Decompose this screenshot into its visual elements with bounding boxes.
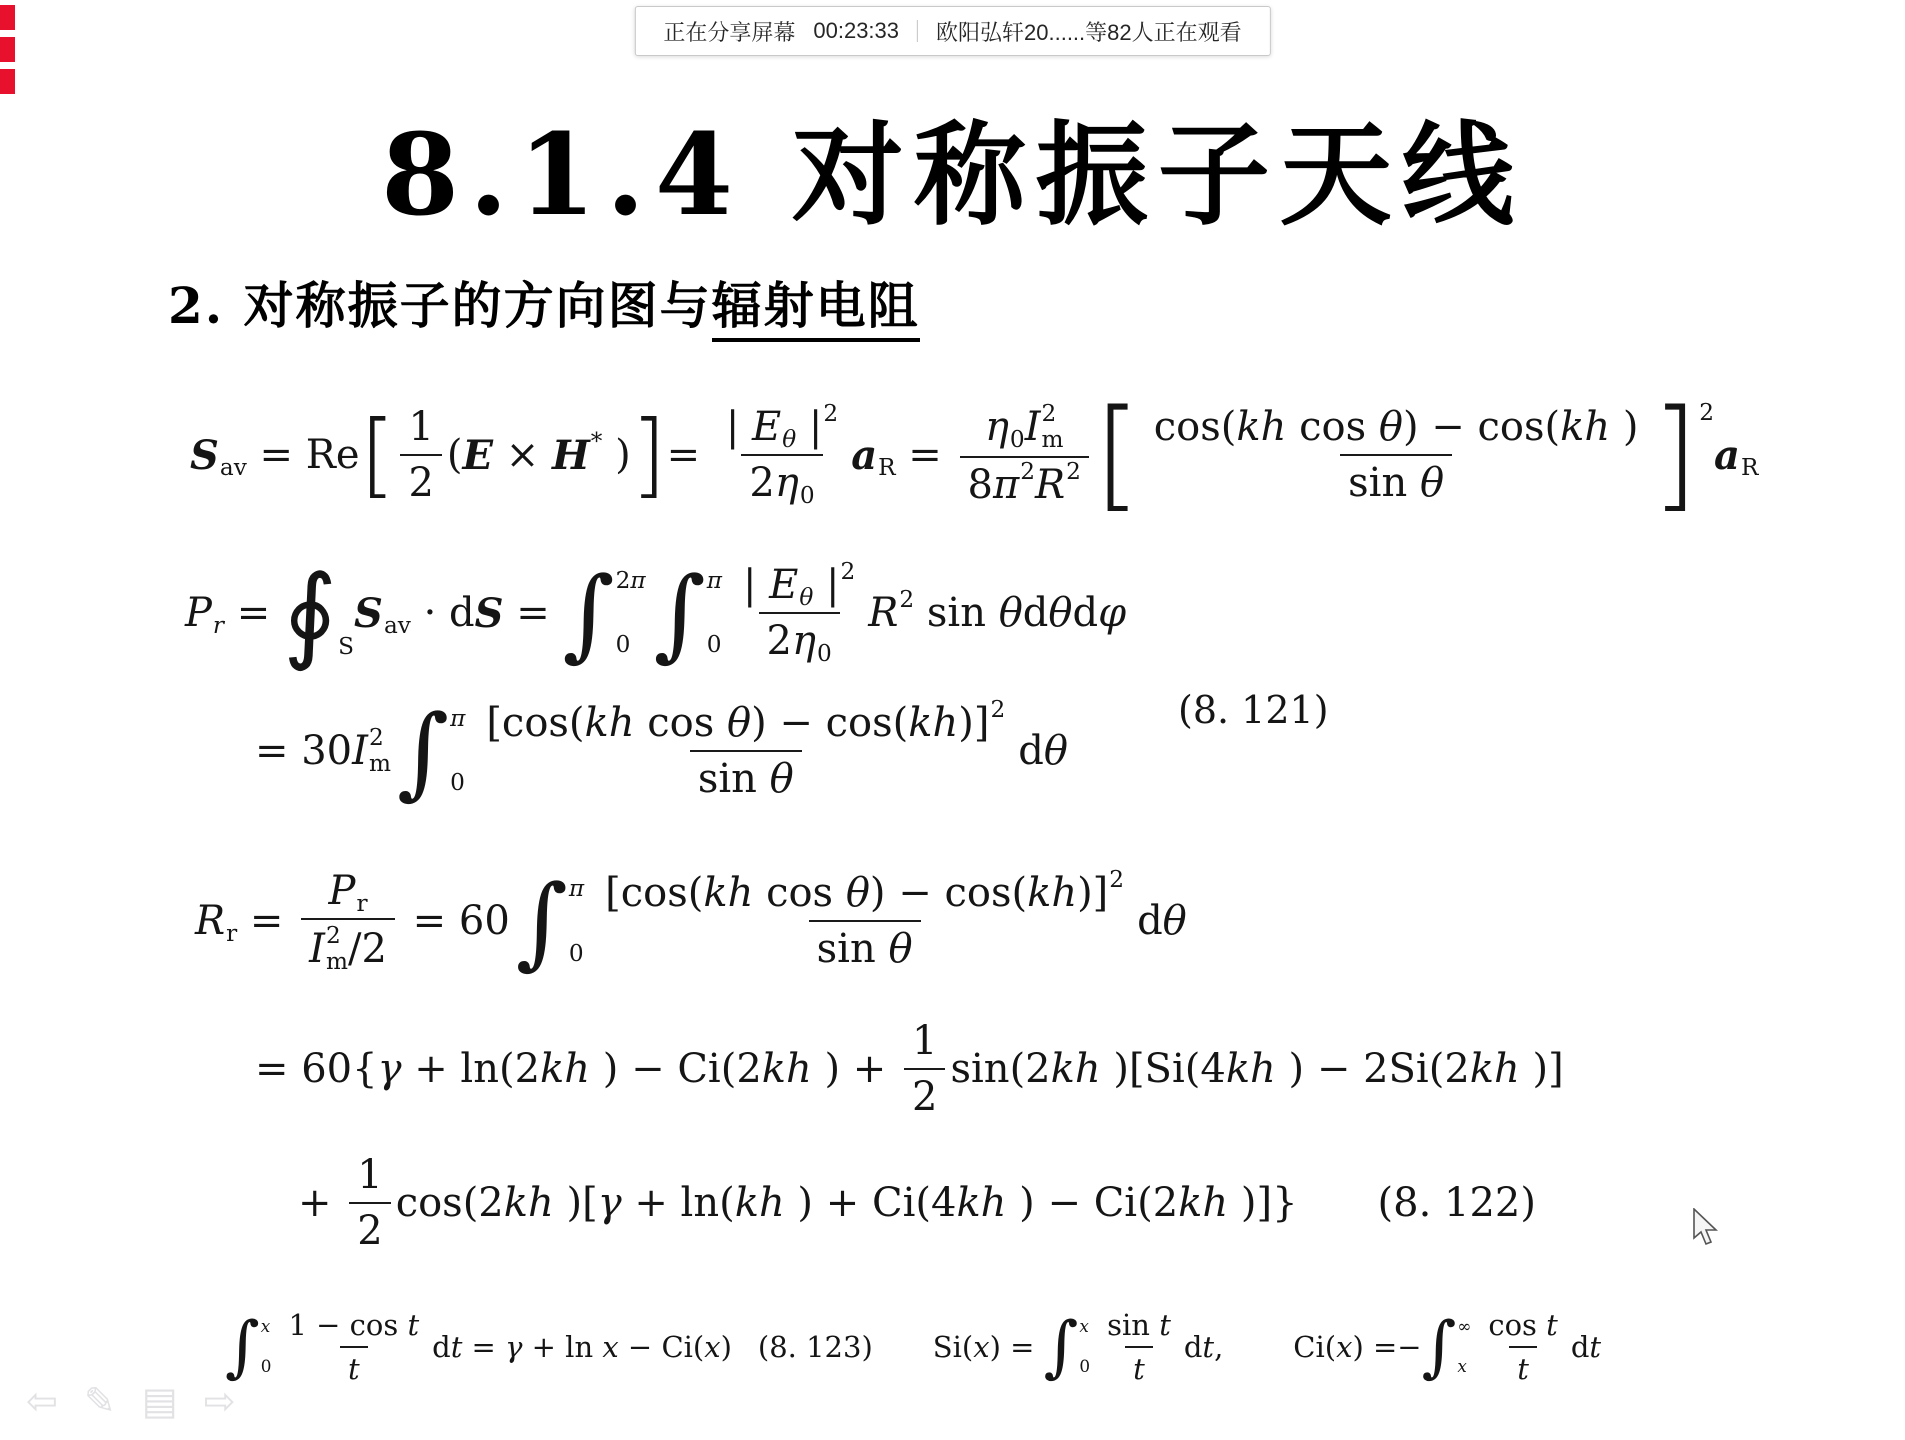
math-text: r: [356, 892, 367, 916]
math-scripts: S: [338, 564, 354, 663]
math-bold-var: a: [851, 432, 877, 479]
equation-si-ci-definitions: ∫x01 − cos ttdt = γ + ln x − Ci(x)(8. 12…: [225, 1308, 1601, 1386]
math-scripts: *: [591, 430, 603, 454]
math-row: sin θ: [1340, 454, 1452, 506]
math-bold-var: S: [354, 590, 383, 637]
math-scripts: 0: [817, 642, 832, 666]
math-row: ∫x01 − cos ttdt = γ + ln x − Ci(x)(8. 12…: [225, 1308, 1601, 1386]
math-fraction: 1 − cos tt: [280, 1308, 427, 1386]
math-scripts: 2: [1699, 398, 1714, 512]
math-fraction: [cos(kh cos θ) − cos(kh)]2sin θ: [597, 870, 1132, 972]
math-row: 1: [400, 404, 441, 454]
math-scripts: x0: [261, 1315, 272, 1378]
share-viewers-label: 欧阳弘轩20......等82人正在观看: [936, 16, 1242, 47]
math-var: kh: [735, 1180, 785, 1226]
math-fraction: | Eθ |22η0: [735, 562, 863, 664]
math-var: π: [707, 569, 722, 593]
math-text: =: [504, 590, 563, 636]
math-var: π: [993, 462, 1019, 508]
math-text: 2: [1699, 401, 1714, 425]
math-var: θ: [888, 926, 912, 972]
prev-slide-icon[interactable]: ⇦: [26, 1382, 58, 1420]
math-delimiter: ]: [1651, 398, 1698, 512]
math-fraction: 12: [400, 404, 441, 506]
math-delimiter: ∫: [654, 566, 706, 661]
math-scripted: I2m: [1025, 402, 1064, 453]
math-row: | Eθ |2: [735, 562, 863, 612]
math-text: 8: [968, 462, 993, 508]
math-scripted: [cos(kh cos θ) − cos(kh)]2: [486, 700, 1005, 746]
math-var: kh: [504, 1180, 554, 1226]
math-text: *: [591, 430, 603, 454]
math-var: t: [1546, 1308, 1558, 1342]
math-scripted: η0: [985, 404, 1025, 450]
math-scripted: | Eθ |2: [726, 404, 838, 450]
math-text: ) − cos(: [1403, 404, 1560, 450]
math-row: [cos(kh cos θ) − cos(kh)]: [605, 870, 1108, 916]
math-text: =: [224, 590, 283, 636]
math-text: sin: [698, 756, 770, 802]
math-bold-var: E: [463, 432, 494, 479]
math-row: sin θ: [809, 920, 921, 972]
math-var: t: [1517, 1352, 1529, 1386]
math-row: t: [1509, 1346, 1537, 1386]
math-var: t: [1589, 1330, 1601, 1364]
math-row: [cos(kh cos θ) − cos(kh)]: [486, 700, 989, 746]
math-text: = 60{: [255, 1046, 378, 1092]
math-row: cos(kh cos θ) − cos(kh ): [1146, 404, 1647, 454]
math-text: )[Si(4: [1101, 1046, 1226, 1092]
left-edge-red-marker: [0, 37, 15, 62]
math-text: 0: [450, 771, 465, 795]
math-var: I: [352, 728, 368, 774]
math-scripts: θ: [799, 586, 813, 610]
math-text: sin: [914, 590, 999, 636]
mouse-cursor: [1693, 1208, 1719, 1246]
math-text: =: [667, 432, 713, 478]
math-scripts: ∞x: [1457, 1315, 1471, 1378]
math-row: Pr: [321, 868, 376, 918]
math-scripted: Eθ: [752, 404, 796, 450]
math-row: | Eθ |: [726, 404, 823, 450]
math-text: cos: [635, 700, 727, 746]
math-text: 0: [261, 1358, 272, 1376]
math-text: m: [369, 752, 391, 776]
math-text: /2: [348, 926, 387, 972]
math-var: I: [309, 926, 325, 972]
math-fraction: [cos(kh cos θ) − cos(kh)]2sin θ: [478, 700, 1013, 802]
math-text: 2: [357, 1208, 382, 1254]
math-row: [cos(kh cos θ) − cos(kh)]2: [478, 700, 1013, 750]
math-row: Sav = Re[12(E × H* )]= | Eθ |22η0aR = η0…: [190, 398, 1758, 512]
math-text: +: [298, 1180, 344, 1226]
math-text: 1: [408, 404, 433, 450]
math-scripted: Sav: [190, 432, 247, 479]
math-var: θ: [846, 870, 870, 916]
math-delimiter: ∫: [397, 704, 449, 799]
math-text: 2: [990, 698, 1005, 722]
math-text: ): [721, 1330, 732, 1364]
math-text: ) − 2Si(2: [1276, 1046, 1470, 1092]
math-row: [cos(kh cos θ) − cos(kh)]2: [597, 870, 1132, 920]
math-text: 2: [841, 560, 856, 584]
math-text: ) − cos(: [751, 700, 908, 746]
math-row: | Eθ |2: [718, 404, 846, 454]
math-scripted: Eθ: [769, 562, 813, 608]
math-scripted: ∫π0: [654, 566, 722, 661]
math-row: 2: [904, 1068, 945, 1120]
math-text: =: [237, 898, 296, 944]
math-delimiter: ∫: [225, 1315, 260, 1378]
screen-share-bar: 正在分享屏幕 00:23:33 欧阳弘轩20......等82人正在观看: [634, 6, 1270, 56]
math-bold-var: H: [552, 432, 590, 479]
equation-pr-result: = 30I2m∫π0[cos(kh cos θ) − cos(kh)]2sin …: [255, 700, 1068, 802]
math-text: )]}: [1228, 1180, 1297, 1226]
math-row: | Eθ |: [743, 562, 840, 608]
math-var: t: [1133, 1352, 1145, 1386]
math-var: θ: [799, 586, 813, 610]
math-bold-var: S: [475, 590, 504, 637]
math-bold-var: S: [190, 432, 219, 479]
math-text: = 30: [255, 728, 352, 774]
equation-rr-definition: Rr = PrI2m/2 = 60∫π0[cos(kh cos θ) − cos…: [195, 868, 1187, 975]
pen-tool-icon[interactable]: ✎: [84, 1382, 116, 1420]
slide-menu-icon[interactable]: ▤: [142, 1382, 178, 1420]
math-var: R: [1035, 462, 1065, 508]
math-scripts: π0: [450, 704, 465, 799]
math-fraction: cos(kh cos θ) − cos(kh )sin θ: [1146, 404, 1647, 506]
math-delimiter: [: [1094, 398, 1141, 512]
math-var: γ: [505, 1330, 522, 1364]
math-var: kh: [762, 1046, 812, 1092]
math-row: 2η0: [759, 612, 840, 664]
math-var: x: [1457, 1358, 1471, 1376]
math-row: = 30I2m∫π0[cos(kh cos θ) − cos(kh)]2sin …: [255, 700, 1068, 802]
math-text: 2: [749, 460, 774, 506]
math-scripts: r: [226, 922, 237, 946]
math-scripts: θ: [782, 428, 796, 452]
math-scripted: Pr: [185, 590, 224, 636]
math-fraction: cos tt: [1480, 1308, 1565, 1386]
math-text: 0: [800, 484, 815, 508]
math-var: θ: [1044, 728, 1068, 774]
math-text: sin: [1348, 460, 1420, 506]
math-var: φ: [1098, 590, 1126, 636]
math-var: θ: [999, 590, 1023, 636]
math-var: x: [1079, 1318, 1090, 1336]
math-var: θ: [770, 756, 794, 802]
math-var: θ: [1420, 460, 1444, 506]
math-row: Pr = ∮SSav · dS = ∫2π0∫π0| Eθ |22η0R2 si…: [185, 562, 1126, 664]
math-text: d: [1023, 590, 1049, 636]
math-text: m: [1042, 428, 1064, 452]
math-var: kh: [1226, 1046, 1276, 1092]
math-scripts: π0: [569, 874, 584, 969]
math-scripts: R: [878, 456, 895, 480]
math-var: t: [1202, 1330, 1214, 1364]
math-text: ) − cos(: [870, 870, 1027, 916]
math-scripted: aR: [851, 432, 895, 479]
math-scripted: ∫π0: [397, 704, 465, 799]
math-scripted: I2m: [352, 726, 391, 777]
math-text: 2: [1042, 402, 1064, 426]
math-text: (8. 123): [758, 1330, 873, 1364]
math-scripted: ∫∞x: [1422, 1315, 1472, 1378]
equation-rr-expansion-1: = 60{γ + ln(2kh ) − Ci(2kh ) + 12sin(2kh…: [255, 1018, 1564, 1120]
math-scripted: [cos(kh cos θ) − cos(kh)]2: [605, 870, 1124, 916]
math-var: η: [775, 460, 799, 506]
math-scripted: R2: [868, 590, 914, 636]
math-text: d: [1018, 728, 1044, 774]
math-var: t: [348, 1352, 360, 1386]
math-text: cos: [1286, 404, 1378, 450]
math-text: )]: [1520, 1046, 1564, 1092]
math-var: P: [185, 590, 212, 636]
math-var: x: [602, 1330, 618, 1364]
share-bar-divider: [917, 20, 918, 42]
math-text: = Re: [247, 432, 360, 478]
math-text: 2: [767, 618, 792, 664]
math-delimiter: [: [360, 411, 396, 498]
math-scripted: Sav: [354, 590, 411, 637]
math-text: ) − Ci(2: [1006, 1180, 1178, 1226]
math-text: sin: [1107, 1308, 1159, 1342]
math-var: kh: [956, 1180, 1006, 1226]
subtitle-text: 2. 对称振子的方向图与: [168, 276, 712, 335]
math-scripted: H*: [552, 432, 602, 479]
shared-screen: 正在分享屏幕 00:23:33 欧阳弘轩20......等82人正在观看 8.1…: [0, 0, 1905, 1440]
math-text: 0: [817, 642, 832, 666]
math-scripts: 2: [1066, 460, 1081, 484]
math-scripts: 2: [841, 560, 856, 584]
math-var: η: [792, 618, 816, 664]
math-var: t: [407, 1308, 419, 1342]
math-text: |: [726, 404, 752, 450]
math-text: 0: [1010, 428, 1025, 452]
math-var: R: [195, 898, 225, 944]
math-scripts: av: [384, 614, 411, 638]
math-var: R: [868, 590, 898, 636]
math-text: 2: [823, 402, 838, 426]
math-scripts: π0: [707, 566, 722, 661]
math-scripts: 2m: [369, 726, 391, 777]
math-row: 2: [400, 454, 441, 506]
math-scripts: 2: [823, 402, 838, 426]
math-text: cos(: [1154, 404, 1237, 450]
math-text: 2: [326, 924, 348, 948]
math-text: ∞: [1457, 1318, 1471, 1336]
math-var: r: [213, 614, 224, 638]
math-var: x: [973, 1330, 989, 1364]
math-var: x: [261, 1318, 272, 1336]
math-scripts: 2: [1109, 868, 1124, 892]
math-text: R: [878, 456, 895, 480]
math-var: η: [985, 404, 1009, 450]
math-row: sin t: [1099, 1308, 1179, 1346]
math-var: P: [329, 868, 356, 914]
math-row: 1: [904, 1018, 945, 1068]
math-var: E: [769, 562, 798, 608]
math-text: ) + Ci(4: [785, 1180, 957, 1226]
math-scripts: R: [1741, 456, 1758, 480]
math-bold-var: a: [1714, 432, 1740, 479]
math-scripts: 2: [1020, 460, 1035, 484]
math-scripted: ∫x0: [225, 1315, 271, 1378]
math-var: kh: [1027, 870, 1077, 916]
math-text: ): [1610, 404, 1638, 450]
math-scripted: η0: [792, 618, 832, 664]
math-var: γ: [378, 1046, 402, 1092]
math-var: x: [704, 1330, 720, 1364]
math-text: 0: [569, 942, 584, 966]
math-text: 2: [1109, 868, 1124, 892]
math-fraction: | Eθ |22η0: [718, 404, 846, 506]
math-text: d: [1073, 590, 1099, 636]
math-scripted: Rr: [195, 898, 237, 944]
math-text: )[: [554, 1180, 598, 1226]
math-delimiter: ∫: [1422, 1315, 1457, 1378]
math-var: kh: [585, 700, 635, 746]
math-scripts: 0: [1010, 428, 1025, 452]
math-text: 2: [616, 569, 631, 593]
math-text: (: [447, 432, 463, 478]
math-text: av: [384, 614, 411, 638]
math-text: 2: [1066, 460, 1081, 484]
math-scripts: 2: [990, 698, 1005, 722]
math-text: 0: [707, 633, 722, 657]
math-var: kh: [908, 700, 958, 746]
math-var: t: [451, 1330, 463, 1364]
math-text: · d: [411, 590, 475, 636]
math-scripted: ∫π0: [516, 874, 584, 969]
math-var: kh: [1236, 404, 1286, 450]
equation-number-8-121: (8. 121): [1178, 688, 1329, 732]
math-row: 8π2R2: [960, 456, 1089, 508]
math-text: d: [1571, 1330, 1590, 1364]
math-row: η0I2m: [977, 402, 1072, 457]
math-text: ) − Ci(2: [590, 1046, 762, 1092]
math-text: 1: [357, 1152, 382, 1198]
math-delimiter: ∮: [283, 564, 337, 663]
math-delimiter: ]: [631, 411, 667, 498]
math-text: ) =−: [1352, 1330, 1421, 1364]
math-scripted: | Eθ |2: [743, 562, 855, 608]
math-fraction: η0I2m8π2R2: [960, 402, 1089, 509]
math-text: )]: [958, 700, 989, 746]
math-row: cos t: [1480, 1308, 1565, 1346]
math-fraction: 12: [904, 1018, 945, 1120]
share-status-label: 正在分享屏幕: [663, 16, 795, 47]
equation-sav-poynting: Sav = Re[12(E × H* )]= | Eθ |22η0aR = η0…: [190, 398, 1758, 512]
math-text: ) =: [990, 1330, 1044, 1364]
math-text: Ci(: [1293, 1330, 1336, 1364]
math-scripted: π2: [993, 462, 1035, 508]
math-text: ×: [493, 432, 552, 478]
math-var: kh: [1470, 1046, 1520, 1092]
math-text: [cos(: [486, 700, 584, 746]
math-var: π: [450, 707, 465, 731]
math-delimiter: ∫: [562, 566, 614, 661]
math-var: t: [1159, 1308, 1171, 1342]
math-scripts: av: [220, 456, 247, 480]
math-text: m: [326, 950, 348, 974]
math-text: 0: [616, 633, 646, 657]
math-text: =: [896, 432, 955, 478]
math-var: θ: [1379, 404, 1403, 450]
math-text: |: [796, 404, 822, 450]
math-fraction: PrI2m/2: [301, 868, 395, 975]
math-var: kh: [1178, 1180, 1228, 1226]
math-scripted: ∫x0: [1044, 1315, 1090, 1378]
math-text: (8. 122): [1378, 1180, 1536, 1226]
math-var: θ: [782, 428, 796, 452]
math-text: 2: [912, 1074, 937, 1120]
math-text: sin: [817, 926, 889, 972]
next-slide-icon[interactable]: ⇨: [204, 1382, 236, 1420]
math-row: 2π: [616, 569, 646, 593]
math-text: ): [602, 432, 630, 478]
math-text: cos: [1488, 1308, 1546, 1342]
math-var: kh: [540, 1046, 590, 1092]
math-var: kh: [1560, 404, 1610, 450]
math-scripted: ∫2π0: [562, 566, 645, 661]
math-text: d: [1137, 898, 1163, 944]
math-row: t: [1125, 1346, 1153, 1386]
math-var: kh: [1051, 1046, 1101, 1092]
math-text: 1 − cos: [288, 1308, 407, 1342]
math-scripts: 2m: [1042, 402, 1064, 453]
math-scripted: aR: [1714, 432, 1758, 479]
math-text: 1: [912, 1018, 937, 1064]
math-text: cos(2: [396, 1180, 504, 1226]
math-text: R: [1741, 456, 1758, 480]
math-text: r: [226, 922, 237, 946]
math-text: 2: [408, 460, 433, 506]
equation-rr-expansion-2: + 12cos(2kh )[γ + ln(kh ) + Ci(4kh ) − C…: [298, 1152, 1536, 1254]
math-text: + ln(2: [401, 1046, 540, 1092]
math-text: ,: [1214, 1330, 1223, 1364]
math-text: )]: [1077, 870, 1108, 916]
math-text: + ln(: [622, 1180, 735, 1226]
math-row: 2η0: [741, 454, 822, 506]
math-text: |: [813, 562, 839, 608]
left-edge-red-marker: [0, 5, 15, 30]
math-var: E: [752, 404, 781, 450]
subtitle-underlined-text: 辐射电阻: [712, 276, 920, 342]
math-row: 1 − cos t: [280, 1308, 427, 1346]
math-scripts: x0: [1079, 1315, 1090, 1378]
math-text: − Ci(: [619, 1330, 705, 1364]
math-scripts: 2m: [326, 924, 348, 975]
math-text: av: [220, 456, 247, 480]
math-var: γ: [598, 1180, 622, 1226]
math-row: 1: [349, 1152, 390, 1202]
math-row: = 60{γ + ln(2kh ) − Ci(2kh ) + 12sin(2kh…: [255, 1018, 1564, 1120]
math-fraction: 12: [349, 1152, 390, 1254]
math-var: kh: [703, 870, 753, 916]
math-delimiter: ∫: [1044, 1315, 1079, 1378]
slideshow-nav: ⇦ ✎ ▤ ⇨: [26, 1382, 235, 1420]
math-var: θ: [727, 700, 751, 746]
math-scripted: ]2: [1651, 398, 1714, 512]
math-scripted: ∮S: [283, 564, 354, 663]
math-text: 2: [1020, 460, 1035, 484]
slide-subtitle: 2. 对称振子的方向图与辐射电阻: [168, 266, 920, 338]
math-text: sin(2: [950, 1046, 1050, 1092]
math-text: + ln: [522, 1330, 602, 1364]
math-text: 0: [1079, 1358, 1090, 1376]
math-text: Si(: [933, 1330, 973, 1364]
